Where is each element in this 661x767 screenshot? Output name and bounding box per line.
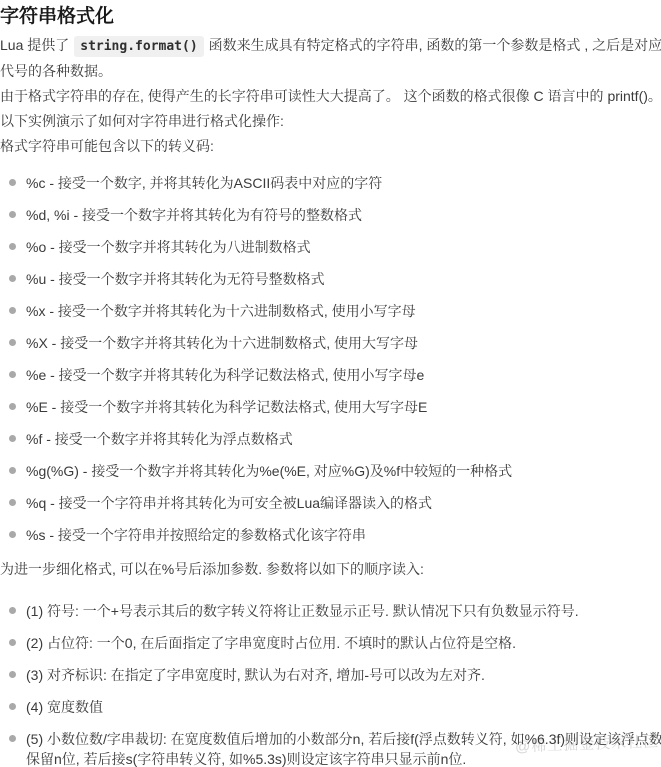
escape-code-g: %g(%G) - 接受一个数字并将其转化为%e(%E, 对应%G)及%f中较短的… bbox=[0, 461, 661, 481]
page-title: 字符串格式化 bbox=[0, 5, 661, 29]
intro-suffix: 函数来生成具有特定格式的字符串, 函数的第一个参数是格式 , 之后是对应格式中每… bbox=[209, 37, 661, 53]
escape-code-e-lower: %e - 接受一个数字并将其转化为科学记数法格式, 使用小写字母e bbox=[0, 365, 661, 385]
paragraph-readability: 由于格式字符串的存在, 使得产生的长字符串可读性大大提高了。 这个函数的格式很像… bbox=[0, 84, 661, 109]
escape-code-list: %c - 接受一个数字, 并将其转化为ASCII码表中对应的字符 %d, %i … bbox=[0, 173, 661, 545]
inline-code-string-format: string.format() bbox=[74, 36, 203, 57]
escape-code-f: %f - 接受一个数字并将其转化为浮点数格式 bbox=[0, 429, 661, 449]
intro-paragraph-line-1: Lua 提供了string.format()函数来生成具有特定格式的字符串, 函… bbox=[0, 33, 661, 59]
intro-paragraph-line-2: 代号的各种数据。 bbox=[0, 59, 661, 84]
escape-code-c: %c - 接受一个数字, 并将其转化为ASCII码表中对应的字符 bbox=[0, 173, 661, 193]
escape-code-s: %s - 接受一个字符串并按照给定的参数格式化该字符串 bbox=[0, 525, 661, 545]
paragraph-demo: 以下实例演示了如何对字符串进行格式化操作: bbox=[0, 109, 661, 134]
param-width: (4) 宽度数值 bbox=[0, 697, 661, 717]
escape-code-o: %o - 接受一个数字并将其转化为八进制数格式 bbox=[0, 237, 661, 257]
intro-prefix: Lua 提供了 bbox=[0, 37, 69, 53]
escape-code-e-upper: %E - 接受一个数字并将其转化为科学记数法格式, 使用大写字母E bbox=[0, 397, 661, 417]
escape-code-x-lower: %x - 接受一个数字并将其转化为十六进制数格式, 使用小写字母 bbox=[0, 301, 661, 321]
param-sign: (1) 符号: 一个+号表示其后的数字转义符将让正数显示正号. 默认情况下只有负… bbox=[0, 601, 661, 621]
escape-code-u: %u - 接受一个数字并将其转化为无符号整数格式 bbox=[0, 269, 661, 289]
param-precision-line-1: (5) 小数位数/字串裁切: 在宽度数值后增加的小数部分n, 若后接f(浮点数转… bbox=[26, 729, 661, 749]
escape-code-d-i: %d, %i - 接受一个数字并将其转化为有符号的整数格式 bbox=[0, 205, 661, 225]
param-precision-line-2: 保留n位, 若后接s(字符串转义符, 如%5.3s)则设定该字符串只显示前n位. bbox=[26, 749, 661, 767]
param-list: (1) 符号: 一个+号表示其后的数字转义符将让正数显示正号. 默认情况下只有负… bbox=[0, 601, 661, 767]
param-placeholder: (2) 占位符: 一个0, 在后面指定了字串宽度时占位用. 不填时的默认占位符是… bbox=[0, 633, 661, 653]
article: 字符串格式化 Lua 提供了string.format()函数来生成具有特定格式… bbox=[0, 5, 661, 767]
param-align: (3) 对齐标识: 在指定了字串宽度时, 默认为右对齐, 增加-号可以改为左对齐… bbox=[0, 665, 661, 685]
paragraph-codes-intro: 格式字符串可能包含以下的转义码: bbox=[0, 134, 661, 159]
param-precision: (5) 小数位数/字串裁切: 在宽度数值后增加的小数部分n, 若后接f(浮点数转… bbox=[0, 729, 661, 767]
escape-code-x-upper: %X - 接受一个数字并将其转化为十六进制数格式, 使用大写字母 bbox=[0, 333, 661, 353]
escape-code-q: %q - 接受一个字符串并将其转化为可安全被Lua编译器读入的格式 bbox=[0, 493, 661, 513]
paragraph-params-intro: 为进一步细化格式, 可以在%号后添加参数. 参数将以如下的顺序读入: bbox=[0, 557, 661, 582]
